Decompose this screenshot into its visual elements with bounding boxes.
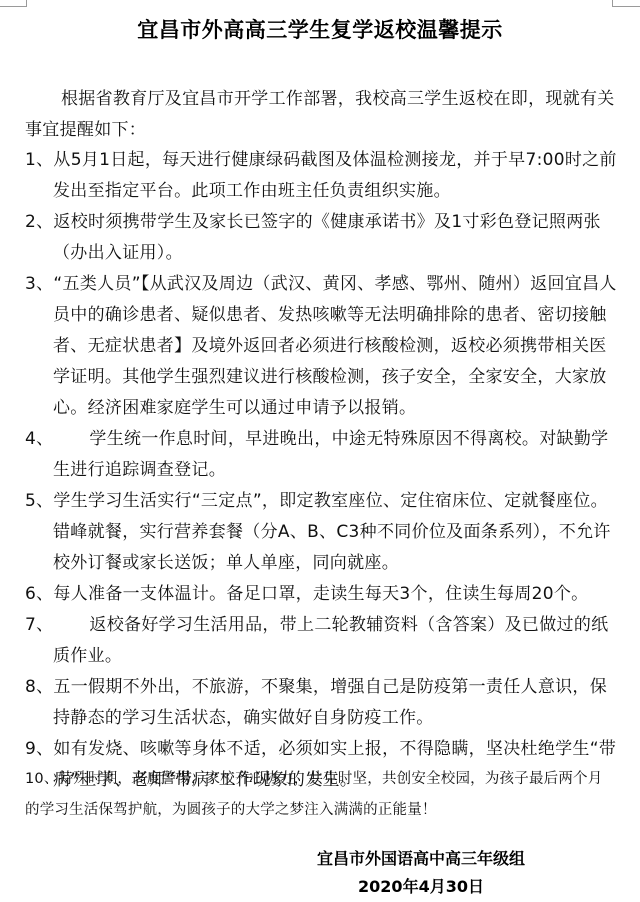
item-text: 返校时须携带学生及家长已签字的《健康承诺书》及1寸彩色登记照两张（办出入证用）。 <box>53 212 601 263</box>
notice-item-2: 2、返校时须携带学生及家长已签字的《健康承诺书》及1寸彩色登记照两张（办出入证用… <box>25 207 617 269</box>
item-number: 2、 <box>25 207 53 238</box>
signature-org: 宜昌市外国语高中高三年级组 <box>306 845 536 873</box>
item-text: 五一假期不外出，不旅游，不聚集，增强自己是防疫第一责任人意识，保持静态的学习生活… <box>53 677 607 728</box>
item-number: 3、 <box>25 269 53 300</box>
document-title: 宜昌市外高高三学生复学返校温馨提示 <box>0 14 640 44</box>
notice-item-8: 8、五一假期不外出，不旅游，不聚集，增强自己是防疫第一责任人意识，保持静态的学习… <box>25 672 617 734</box>
notice-item-4: 4、学生统一作息时间，早进晚出，中途无特殊原因不得离校。对缺勤学生进行追踪调查登… <box>25 424 617 486</box>
notice-item-1: 1、从5月1日起，每天进行健康绿码截图及体温检测接龙，并于早7:00时之前发出至… <box>25 145 617 207</box>
item-text: 从5月1日起，每天进行健康绿码截图及体温检测接龙，并于早7:00时之前发出至指定… <box>53 150 617 201</box>
item-number: 9、 <box>25 734 53 765</box>
crop-mark-top-left <box>0 0 27 7</box>
signature-block: 宜昌市外国语高中高三年级组 2020年4月30日 <box>306 845 536 901</box>
intro-paragraph: 根据省教育厅及宜昌市开学工作部署，我校高三学生返校在即，现就有关事宜提醒如下： <box>25 84 615 146</box>
crop-mark-top-right <box>612 0 640 7</box>
notice-list: 1、从5月1日起，每天进行健康绿码截图及体温检测接龙，并于早7:00时之前发出至… <box>25 145 617 796</box>
item-text: “五类人员”【从武汉及周边（武汉、黄冈、孝感、鄂州、随州）返回宜昌人员中的确诊患… <box>53 274 617 418</box>
notice-item-3: 3、“五类人员”【从武汉及周边（武汉、黄冈、孝感、鄂州、随州）返回宜昌人员中的确… <box>25 269 617 424</box>
signature-date: 2020年4月30日 <box>306 873 536 901</box>
notice-item-10: 10、特殊时期，高度警惕，家校齐心协力，共克时坚，共创安全校园，为孩子最后两个月… <box>25 764 617 826</box>
item-number: 1、 <box>25 145 53 176</box>
item-number: 4、 <box>25 424 53 455</box>
item-text: 学生学习生活实行“三定点”，即定教室座位、定住宿床位、定就餐座位。错峰就餐，实行… <box>53 491 611 573</box>
notice-item-7: 7、返校备好学习生活用品，带上二轮教辅资料（含答案）及已做过的纸质作业。 <box>25 610 617 672</box>
item-text: 每人准备一支体温计。备足口罩，走读生每天3个，住读生每周20个。 <box>53 584 588 604</box>
item-number: 8、 <box>25 672 53 703</box>
item-number: 7、 <box>25 610 53 641</box>
item-text: 返校备好学习生活用品，带上二轮教辅资料（含答案）及已做过的纸质作业。 <box>53 615 608 666</box>
item-number: 5、 <box>25 486 53 517</box>
notice-item-5: 5、学生学习生活实行“三定点”，即定教室座位、定住宿床位、定就餐座位。错峰就餐，… <box>25 486 617 579</box>
item-number: 6、 <box>25 579 53 610</box>
item-text: 学生统一作息时间，早进晚出，中途无特殊原因不得离校。对缺勤学生进行追踪调查登记。 <box>53 429 608 480</box>
notice-item-6: 6、每人准备一支体温计。备足口罩，走读生每天3个，住读生每周20个。 <box>25 579 617 610</box>
